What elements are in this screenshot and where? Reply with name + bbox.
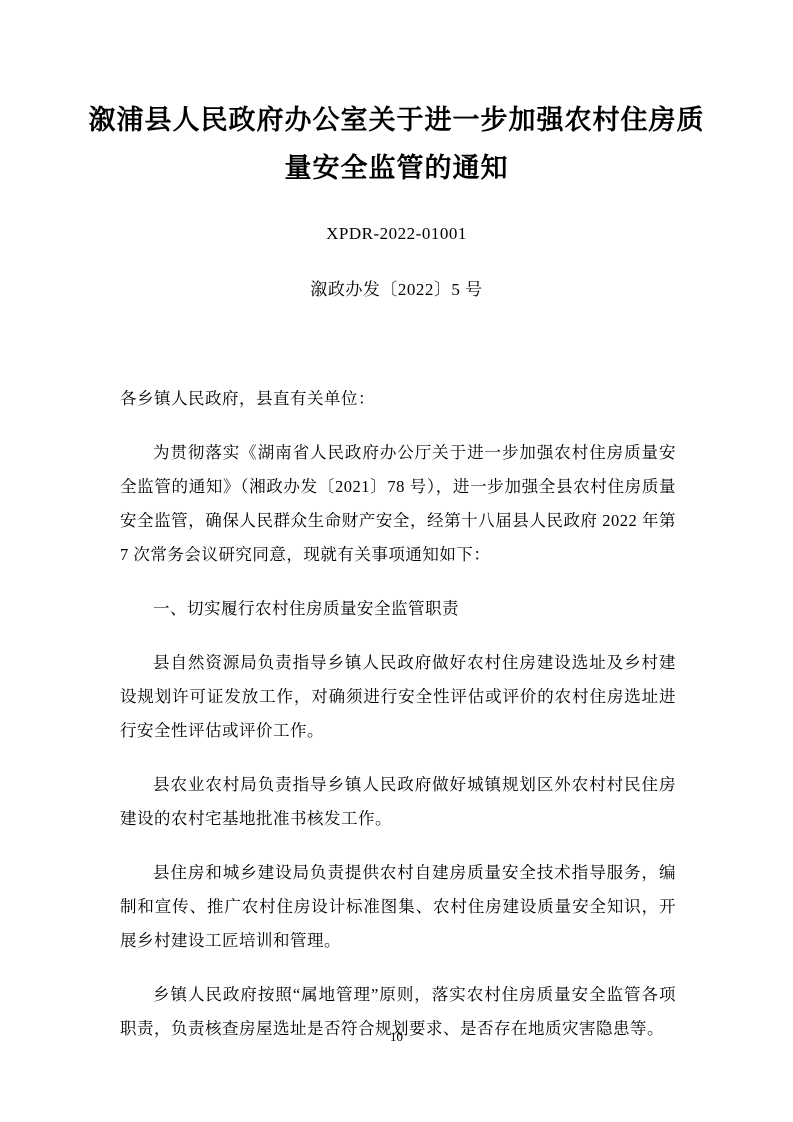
paragraph-housing-construction: 县住房和城乡建设局负责提供农村自建房质量安全技术指导服务，编制和宣传、推广农村住… xyxy=(120,856,676,958)
document-issue-number: 溆政办发〔2022〕5 号 xyxy=(0,280,793,300)
salutation: 各乡镇人民政府，县直有关单位： xyxy=(120,382,676,416)
paragraph-preamble: 为贯彻落实《湖南省人民政府办公厅关于进一步加强农村住房质量安全监管的通知》（湘政… xyxy=(120,436,676,572)
page-number: 10 xyxy=(0,1029,793,1045)
paragraph-agriculture: 县农业农村局负责指导乡镇人民政府做好城镇规划区外农村村民住房建设的农村宅基地批准… xyxy=(120,768,676,836)
document-title-line-2: 量安全监管的通知 xyxy=(0,144,793,192)
document-body: 各乡镇人民政府，县直有关单位： 为贯彻落实《湖南省人民政府办公厅关于进一步加强农… xyxy=(120,382,676,1046)
document-id: XPDR-2022-01001 xyxy=(0,224,793,244)
document-page: 溆浦县人民政府办公室关于进一步加强农村住房质 量安全监管的通知 XPDR-202… xyxy=(0,0,793,1122)
document-title: 溆浦县人民政府办公室关于进一步加强农村住房质 量安全监管的通知 xyxy=(0,0,793,192)
section-heading-1: 一、切实履行农村住房质量安全监管职责 xyxy=(120,592,676,626)
document-title-line-1: 溆浦县人民政府办公室关于进一步加强农村住房质 xyxy=(0,96,793,144)
paragraph-natural-resources: 县自然资源局负责指导乡镇人民政府做好农村住房建设选址及乡村建设规划许可证发放工作… xyxy=(120,646,676,748)
